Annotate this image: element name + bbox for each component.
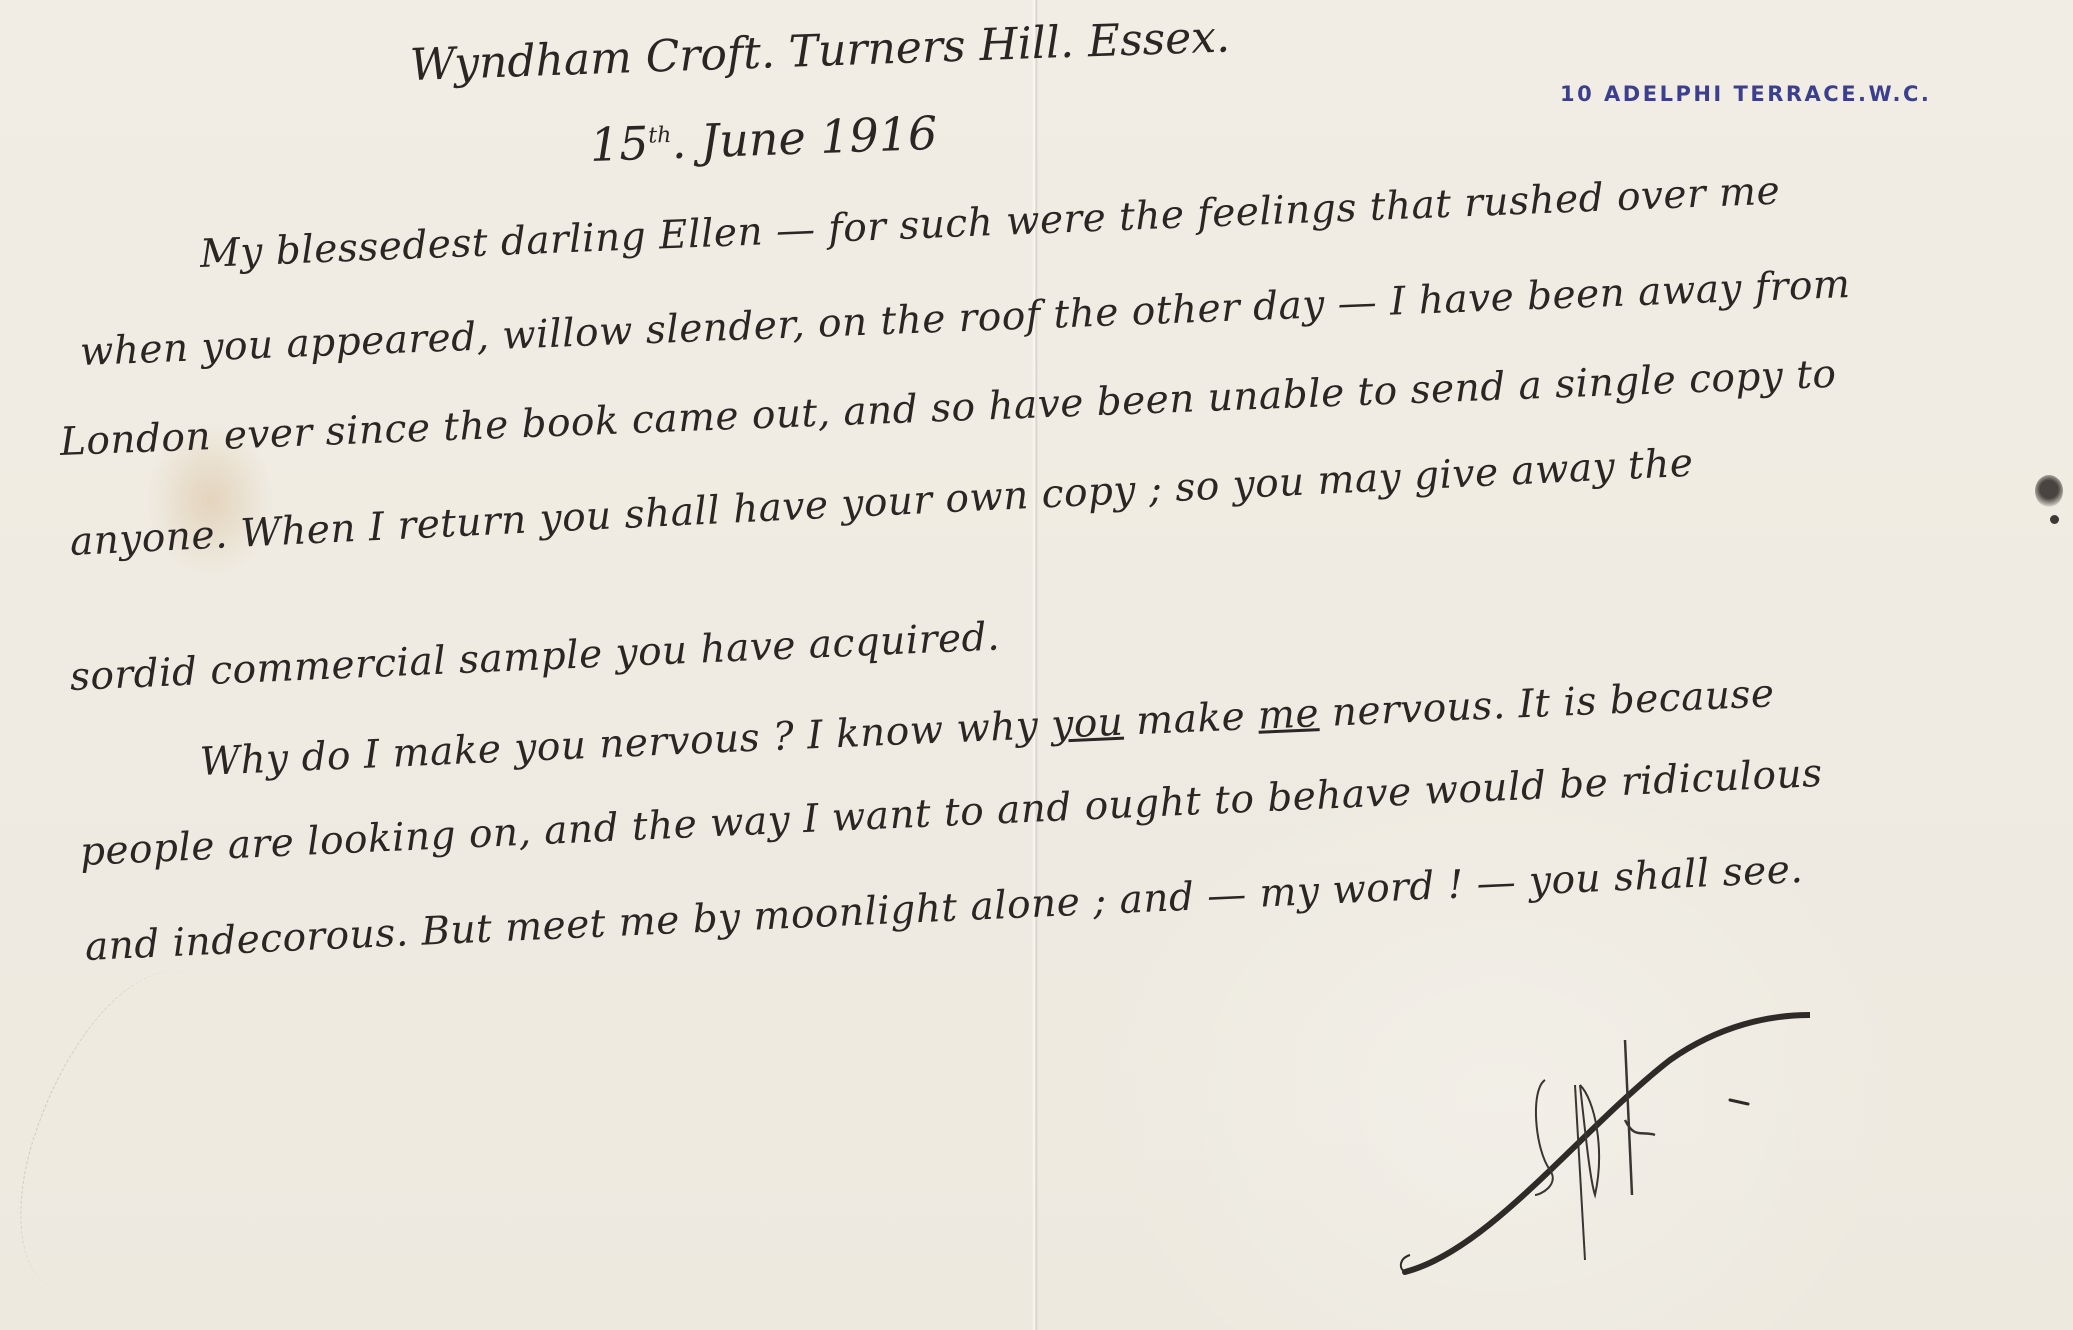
- letter-date: 15th. June 1916: [589, 106, 938, 172]
- body-line-8: and indecorous. But meet me by moonlight…: [84, 847, 1804, 970]
- sender-address: Wyndham Croft. Turners Hill. Essex.: [409, 11, 1231, 91]
- ink-dot: [2050, 515, 2059, 524]
- date-day: 15: [589, 116, 649, 172]
- signature-mark: [1370, 1000, 1810, 1300]
- body-line-1: My blessedest darling Ellen — for such w…: [199, 169, 1781, 277]
- body-line-2: when you appeared, willow slender, on th…: [79, 262, 1851, 375]
- underlined-you: you: [1050, 700, 1124, 748]
- line6-start: Why do I make you nervous ? I know why: [199, 703, 1039, 785]
- body-line-5: sordid commercial sample you have acquir…: [69, 614, 1001, 700]
- printed-letterhead-address: 10 ADELPHI TERRACE.W.C.: [1560, 82, 1931, 106]
- line6-make: make: [1122, 694, 1259, 745]
- date-rest: . June 1916: [671, 106, 939, 169]
- body-line-4: anyone. When I return you shall have you…: [69, 441, 1695, 565]
- letter-sheet: 10 ADELPHI TERRACE.W.C. Wyndham Croft. T…: [0, 0, 2073, 1330]
- line6-end: nervous. It is because: [1318, 671, 1775, 736]
- date-suffix: th: [648, 123, 672, 149]
- ink-blot: [2035, 475, 2063, 507]
- paper-crease-left: [0, 943, 250, 1316]
- underlined-me: me: [1257, 691, 1320, 739]
